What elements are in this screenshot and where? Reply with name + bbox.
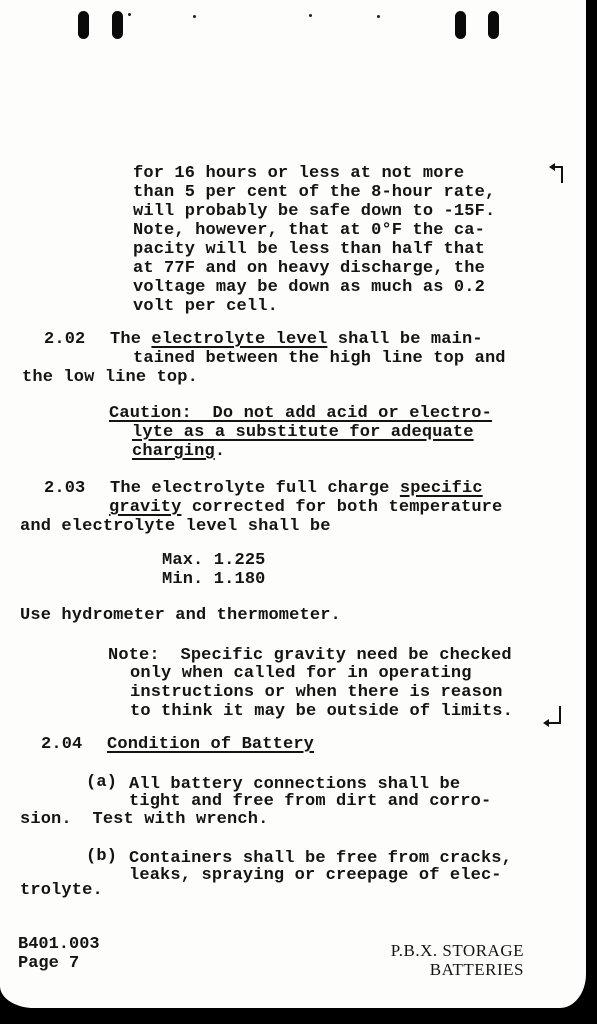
text-fragment: shall be main-: [327, 330, 482, 349]
max-value: Max. 1.225: [162, 551, 266, 570]
speck-mark: [128, 13, 131, 16]
text-line: trolyte.: [20, 881, 103, 900]
document-number: B401.003: [18, 935, 100, 954]
document-title: P.B.X. STORAGE BATTERIES: [391, 941, 524, 979]
caution-line: Caution: Do not add acid or electro-: [109, 404, 492, 423]
text-line: sion. Test with wrench.: [20, 810, 268, 829]
text-fragment: .: [215, 442, 225, 461]
section-number: 2.04: [41, 735, 82, 754]
underlined-term: electrolyte level: [151, 330, 327, 349]
text-line: volt per cell.: [133, 297, 278, 316]
text-line: voltage may be down as much as 0.2: [133, 278, 485, 297]
title-line: BATTERIES: [391, 960, 524, 979]
section-number: 2.03: [44, 479, 85, 498]
note-line: instructions or when there is reason: [130, 683, 503, 702]
punch-hole-icon: [488, 11, 499, 39]
text-line: for 16 hours or less at not more: [133, 164, 464, 183]
note-line: only when called for in operating: [130, 664, 472, 683]
text-line: leaks, spraying or creepage of elec-: [129, 866, 502, 885]
text-line: tained between the high line top and: [133, 349, 506, 368]
speck-mark: [193, 15, 196, 18]
text-line: the low line top.: [22, 368, 198, 387]
min-value: Min. 1.180: [162, 570, 266, 589]
text-line: gravity corrected for both temperature: [109, 498, 502, 517]
text-line: and electrolyte level shall be: [20, 517, 331, 536]
item-label: (b): [86, 847, 117, 866]
punch-hole-icon: [112, 11, 123, 39]
document-page: for 16 hours or less at not more than 5 …: [0, 0, 586, 1008]
item-label: (a): [86, 773, 117, 792]
text-fragment: corrected for both temperature: [181, 498, 502, 517]
text-line: pacity will be less than half that: [133, 240, 485, 259]
text-line: at 77F and on heavy discharge, the: [133, 259, 485, 278]
punch-hole-icon: [455, 11, 466, 39]
text-line: than 5 per cent of the 8-hour rate,: [133, 183, 495, 202]
caution-line: charging.: [132, 442, 225, 461]
text-fragment: The: [110, 330, 151, 349]
text-line: The electrolyte level shall be main-: [110, 330, 483, 349]
instruction-line: Use hydrometer and thermometer.: [20, 606, 341, 625]
text-line: The electrolyte full charge specific: [110, 479, 483, 498]
text-fragment: The electrolyte full charge: [110, 479, 400, 498]
underlined-term: specific: [400, 479, 483, 498]
underlined-term: gravity: [109, 498, 181, 517]
underlined-term: charging: [132, 442, 215, 461]
caution-line: lyte as a substitute for adequate: [132, 423, 474, 442]
change-bracket-end-icon: [543, 706, 561, 724]
note-line: Note: Specific gravity need be checked: [108, 646, 512, 665]
title-line: P.B.X. STORAGE: [391, 941, 524, 960]
text-line: tight and free from dirt and corro-: [129, 792, 491, 811]
note-line: to think it may be outside of limits.: [130, 702, 513, 721]
change-bracket-start-icon: [549, 166, 563, 183]
speck-mark: [309, 14, 312, 17]
section-heading: Condition of Battery: [107, 735, 314, 754]
page-number: Page 7: [18, 954, 79, 973]
speck-mark: [377, 15, 380, 18]
text-line: will probably be safe down to -15F.: [133, 202, 495, 221]
text-line: Note, however, that at 0°F the ca-: [133, 221, 485, 240]
punch-hole-icon: [78, 11, 89, 39]
section-number: 2.02: [44, 330, 85, 349]
